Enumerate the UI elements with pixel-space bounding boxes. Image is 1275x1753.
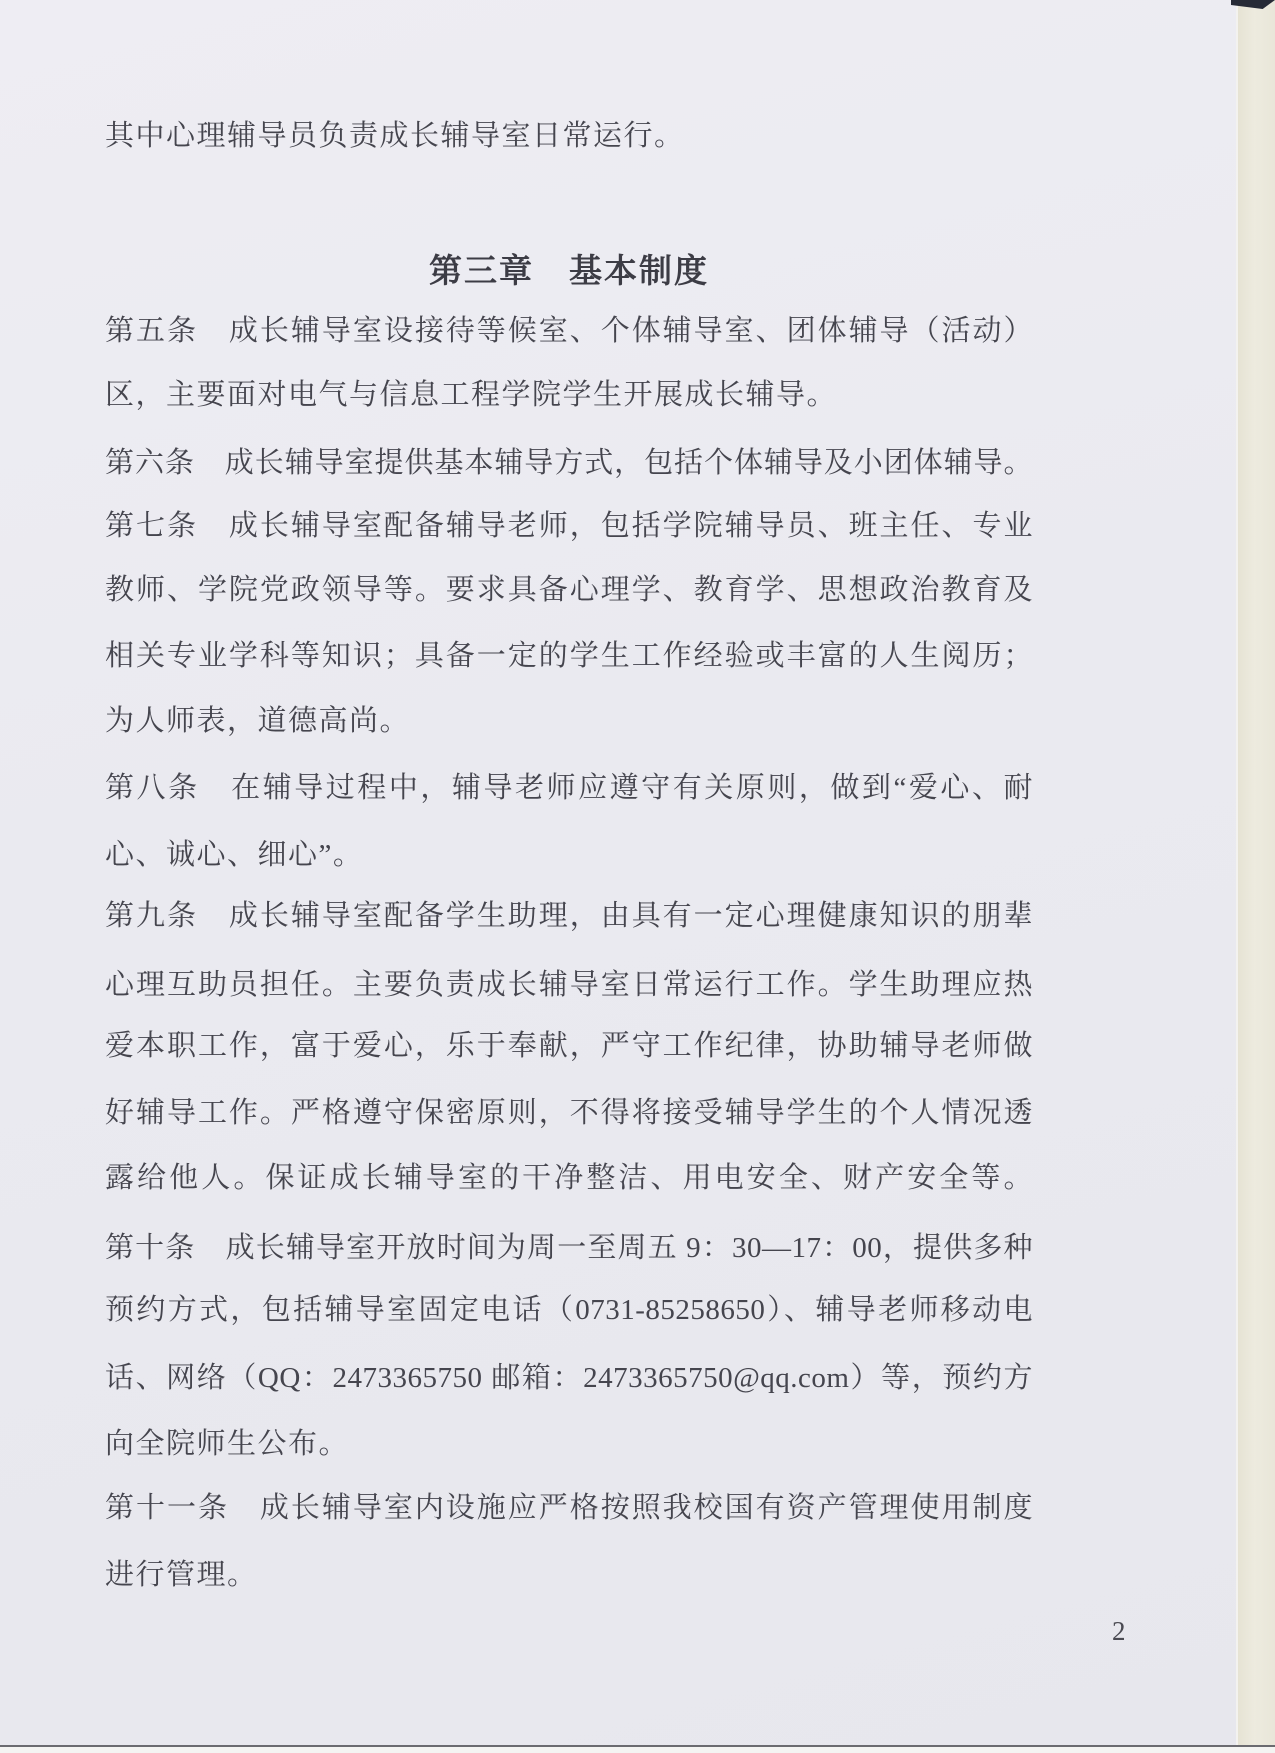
paragraph-line: 其中心理辅导员负责成长辅导室日常运行。 (105, 116, 1033, 158)
paragraph-line: 第七条 成长辅导室配备辅导老师，包括学院辅导员、班主任、专业 (105, 506, 1033, 548)
paragraph-line: 预约方式，包括辅导室固定电话（0731-85258650）、辅导老师移动电 (105, 1290, 1033, 1332)
paragraph-line: 露给他人。保证成长辅导室的干净整洁、用电安全、财产安全等。 (105, 1158, 1033, 1200)
document-page: 其中心理辅导员负责成长辅导室日常运行。 第三章 基本制度 第五条 成长辅导室设接… (0, 0, 1238, 1747)
paragraph-line: 教师、学院党政领导等。要求具备心理学、教育学、思想政治教育及 (105, 570, 1033, 612)
paragraph-line: 为人师表，道德高尚。 (105, 701, 1033, 743)
scan-edge-band (1238, 0, 1275, 1747)
scan-bottom-strip (0, 1747, 1275, 1753)
paragraph-line: 第十一条 成长辅导室内设施应严格按照我校国有资产管理使用制度 (105, 1488, 1033, 1530)
paragraph-line: 爱本职工作，富于爱心，乐于奉献，严守工作纪律，协助辅导老师做 (105, 1026, 1033, 1068)
page-number: 2 (1112, 1616, 1126, 1647)
paragraph-line: 第八条 在辅导过程中，辅导老师应遵守有关原则，做到“爱心、耐 (105, 768, 1033, 810)
paragraph-line: 进行管理。 (105, 1555, 1033, 1597)
paragraph-line: 第六条 成长辅导室提供基本辅导方式，包括个体辅导及小团体辅导。 (105, 443, 1033, 485)
paragraph-line: 好辅导工作。严格遵守保密原则，不得将接受辅导学生的个人情况透 (105, 1093, 1033, 1135)
paragraph-line: 向全院师生公布。 (105, 1424, 1033, 1466)
paragraph-line: 心理互助员担任。主要负责成长辅导室日常运行工作。学生助理应热 (105, 965, 1033, 1007)
paragraph-line: 第十条 成长辅导室开放时间为周一至周五 9：30—17：00，提供多种 (105, 1228, 1033, 1270)
chapter-heading: 第三章 基本制度 (105, 245, 1033, 292)
paragraph-line: 第九条 成长辅导室配备学生助理，由具有一定心理健康知识的朋辈 (105, 896, 1033, 938)
paragraph-line: 话、网络（QQ：2473365750 邮箱：2473365750@qq.com）… (105, 1358, 1033, 1400)
paragraph-line: 心、诚心、细心”。 (105, 835, 1033, 877)
paragraph-line: 相关专业学科等知识；具备一定的学生工作经验或丰富的人生阅历； (105, 636, 1033, 678)
paragraph-line: 第五条 成长辅导室设接待等候室、个体辅导室、团体辅导（活动） (105, 311, 1033, 353)
paragraph-line: 区，主要面对电气与信息工程学院学生开展成长辅导。 (105, 375, 1033, 417)
